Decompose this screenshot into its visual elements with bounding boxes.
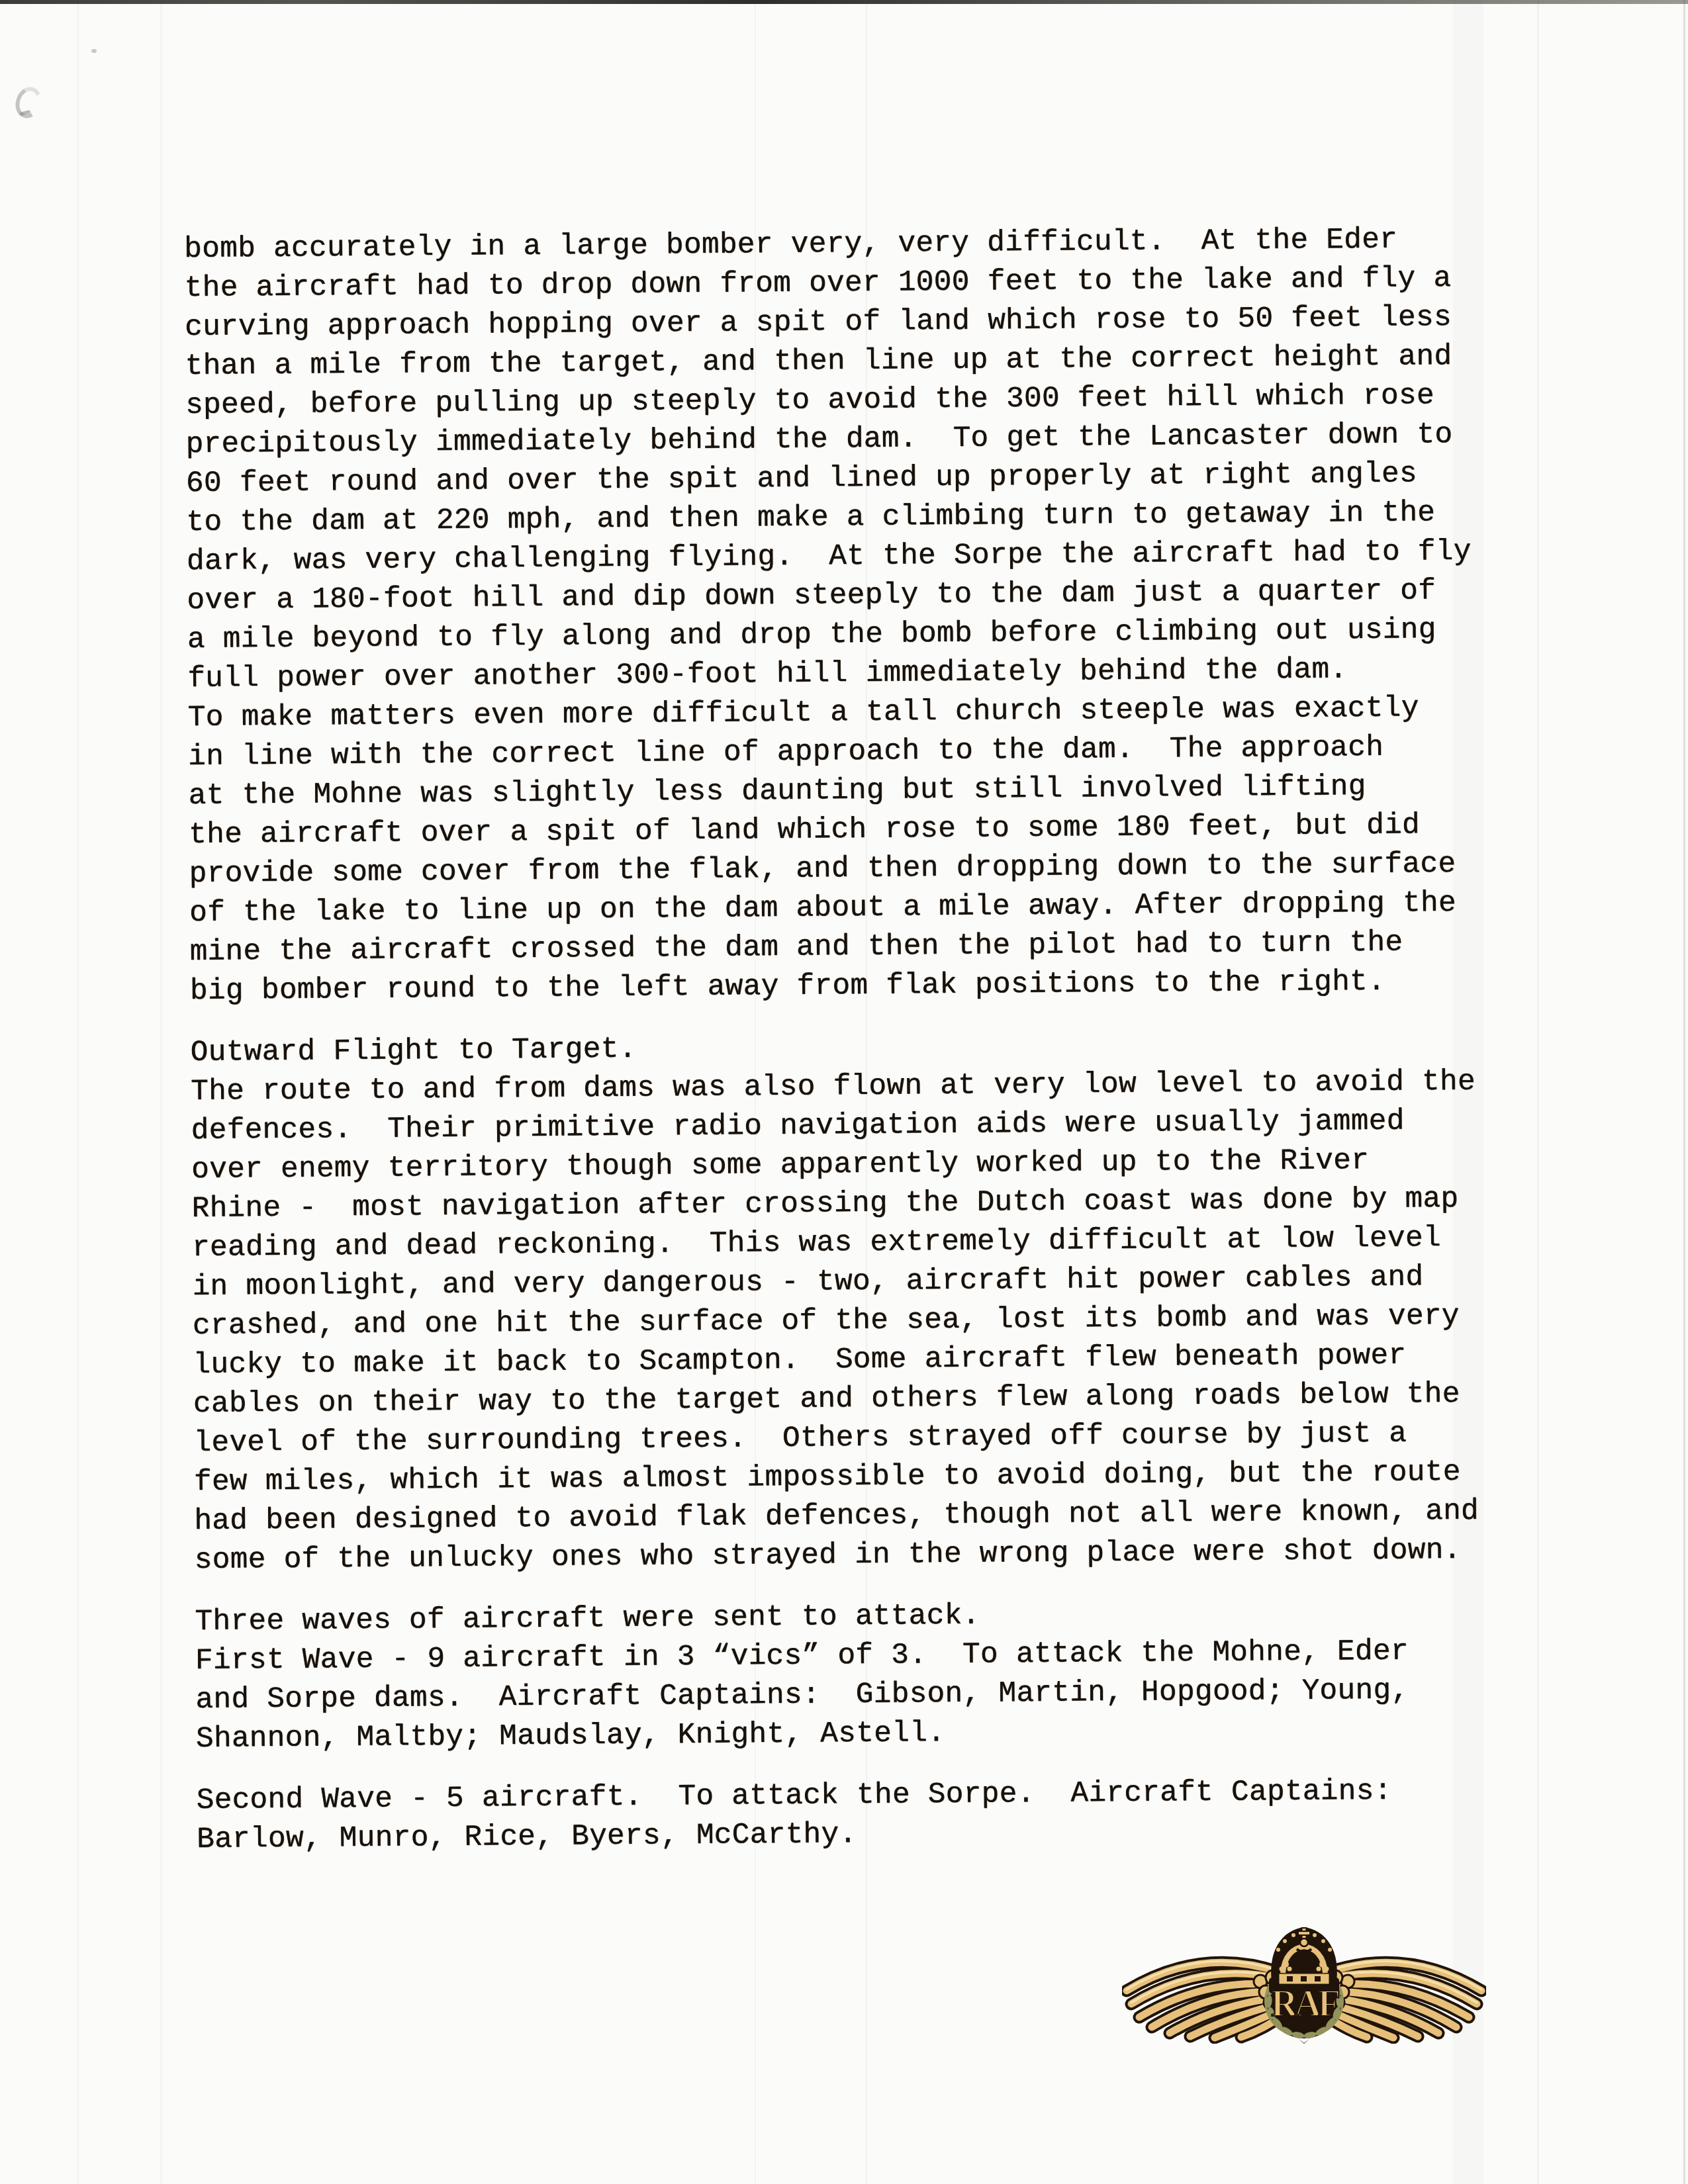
typewritten-text: bomb accurately in a large bomber very, … <box>184 220 1518 1882</box>
raf-monogram-text: RAF <box>1271 1983 1339 2025</box>
document-page: bomb accurately in a large bomber very, … <box>0 0 1688 2184</box>
scan-streak <box>77 0 79 2184</box>
paragraph: Second Wave - 5 aircraft. To attack the … <box>196 1771 1517 1860</box>
paragraph: Outward Flight to Target.The route to an… <box>191 1023 1515 1580</box>
raf-wings-logo: RAF <box>1122 1921 1486 2044</box>
scan-speck <box>91 49 97 53</box>
paragraph: Three waves of aircraft were sent to att… <box>195 1592 1517 1759</box>
pencil-smudge <box>12 83 46 121</box>
scan-edge-artifact <box>0 0 1688 4</box>
paragraph: bomb accurately in a large bomber very, … <box>184 220 1511 1011</box>
scan-streak <box>160 0 162 2184</box>
scan-streak <box>1537 0 1539 2184</box>
scan-streak <box>1683 0 1685 2184</box>
